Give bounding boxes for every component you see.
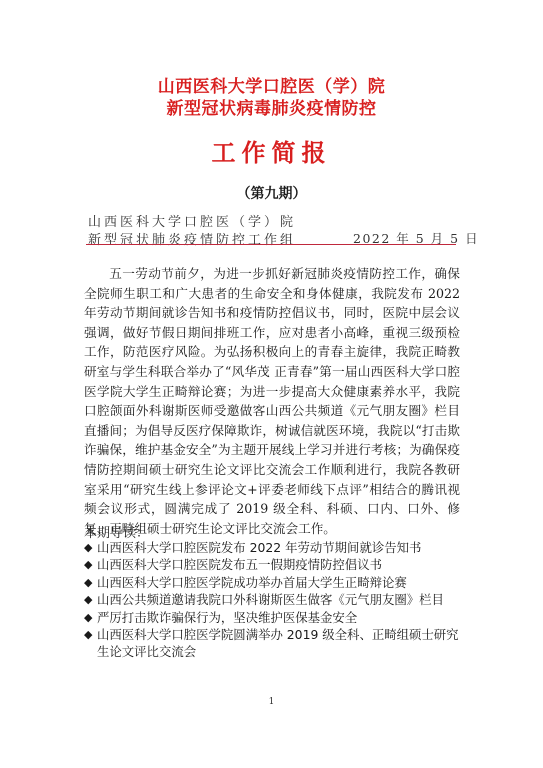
body-paragraph: 五一劳动节前夕，为进一步抓好新冠肺炎疫情防控工作，确保全院师生职工和广大患者的生…: [84, 264, 460, 538]
guide-item: ◆ 严厉打击欺诈骗保行为，坚决维护医保基金安全: [84, 609, 464, 626]
guide-item: ◆ 山西医科大学口腔医院发布五一假期疫情防控倡议书: [84, 556, 464, 573]
guide-list: ◆ 山西医科大学口腔医院发布 2022 年劳动节期间就诊告知书 ◆ 山西医科大学…: [84, 539, 464, 661]
diamond-bullet-icon: ◆: [84, 556, 97, 573]
guide-item: ◆ 山西医科大学口腔医学院圆满举办 2019 级全科、正畸组硕士研究生论文评比交…: [84, 626, 464, 661]
issue-number: （第九期）: [0, 183, 543, 203]
diamond-bullet-icon: ◆: [84, 609, 97, 626]
issuer-org-line2: 新型冠状肺炎疫情防控工作组: [88, 229, 296, 248]
guide-item-text: 山西医科大学口腔医学院成功举办首届大学生正畸辩论赛: [97, 574, 464, 591]
guide-item-text: 山西医科大学口腔医学院圆满举办 2019 级全科、正畸组硕士研究生论文评比交流会: [97, 626, 464, 661]
guide-item-text: 山西医科大学口腔医院发布五一假期疫情防控倡议书: [97, 556, 464, 573]
page-title: 工作简报: [0, 133, 543, 168]
diamond-bullet-icon: ◆: [84, 574, 97, 591]
guide-item-text: 山西公共频道邀请我院口外科谢斯医生做客《元气朋友圈》栏目: [97, 591, 464, 608]
guide-item: ◆ 山西医科大学口腔医院发布 2022 年劳动节期间就诊告知书: [84, 539, 464, 556]
diamond-bullet-icon: ◆: [84, 591, 97, 608]
guide-item: ◆ 山西医科大学口腔医学院成功举办首届大学生正畸辩论赛: [84, 574, 464, 591]
issuer-org-line1: 山西医科大学口腔医（学）院: [88, 211, 296, 230]
guide-item-text: 严厉打击欺诈骗保行为，坚决维护医保基金安全: [97, 609, 464, 626]
header-divider: [86, 244, 456, 245]
diamond-bullet-icon: ◆: [84, 539, 97, 556]
page-number: 1: [0, 697, 543, 707]
guide-item-text: 山西医科大学口腔医院发布 2022 年劳动节期间就诊告知书: [97, 539, 464, 556]
diamond-bullet-icon: ◆: [84, 626, 97, 643]
guide-item: ◆ 山西公共频道邀请我院口外科谢斯医生做客《元气朋友圈》栏目: [84, 591, 464, 608]
header-topic-line: 新型冠状病毒肺炎疫情防控: [0, 94, 543, 119]
